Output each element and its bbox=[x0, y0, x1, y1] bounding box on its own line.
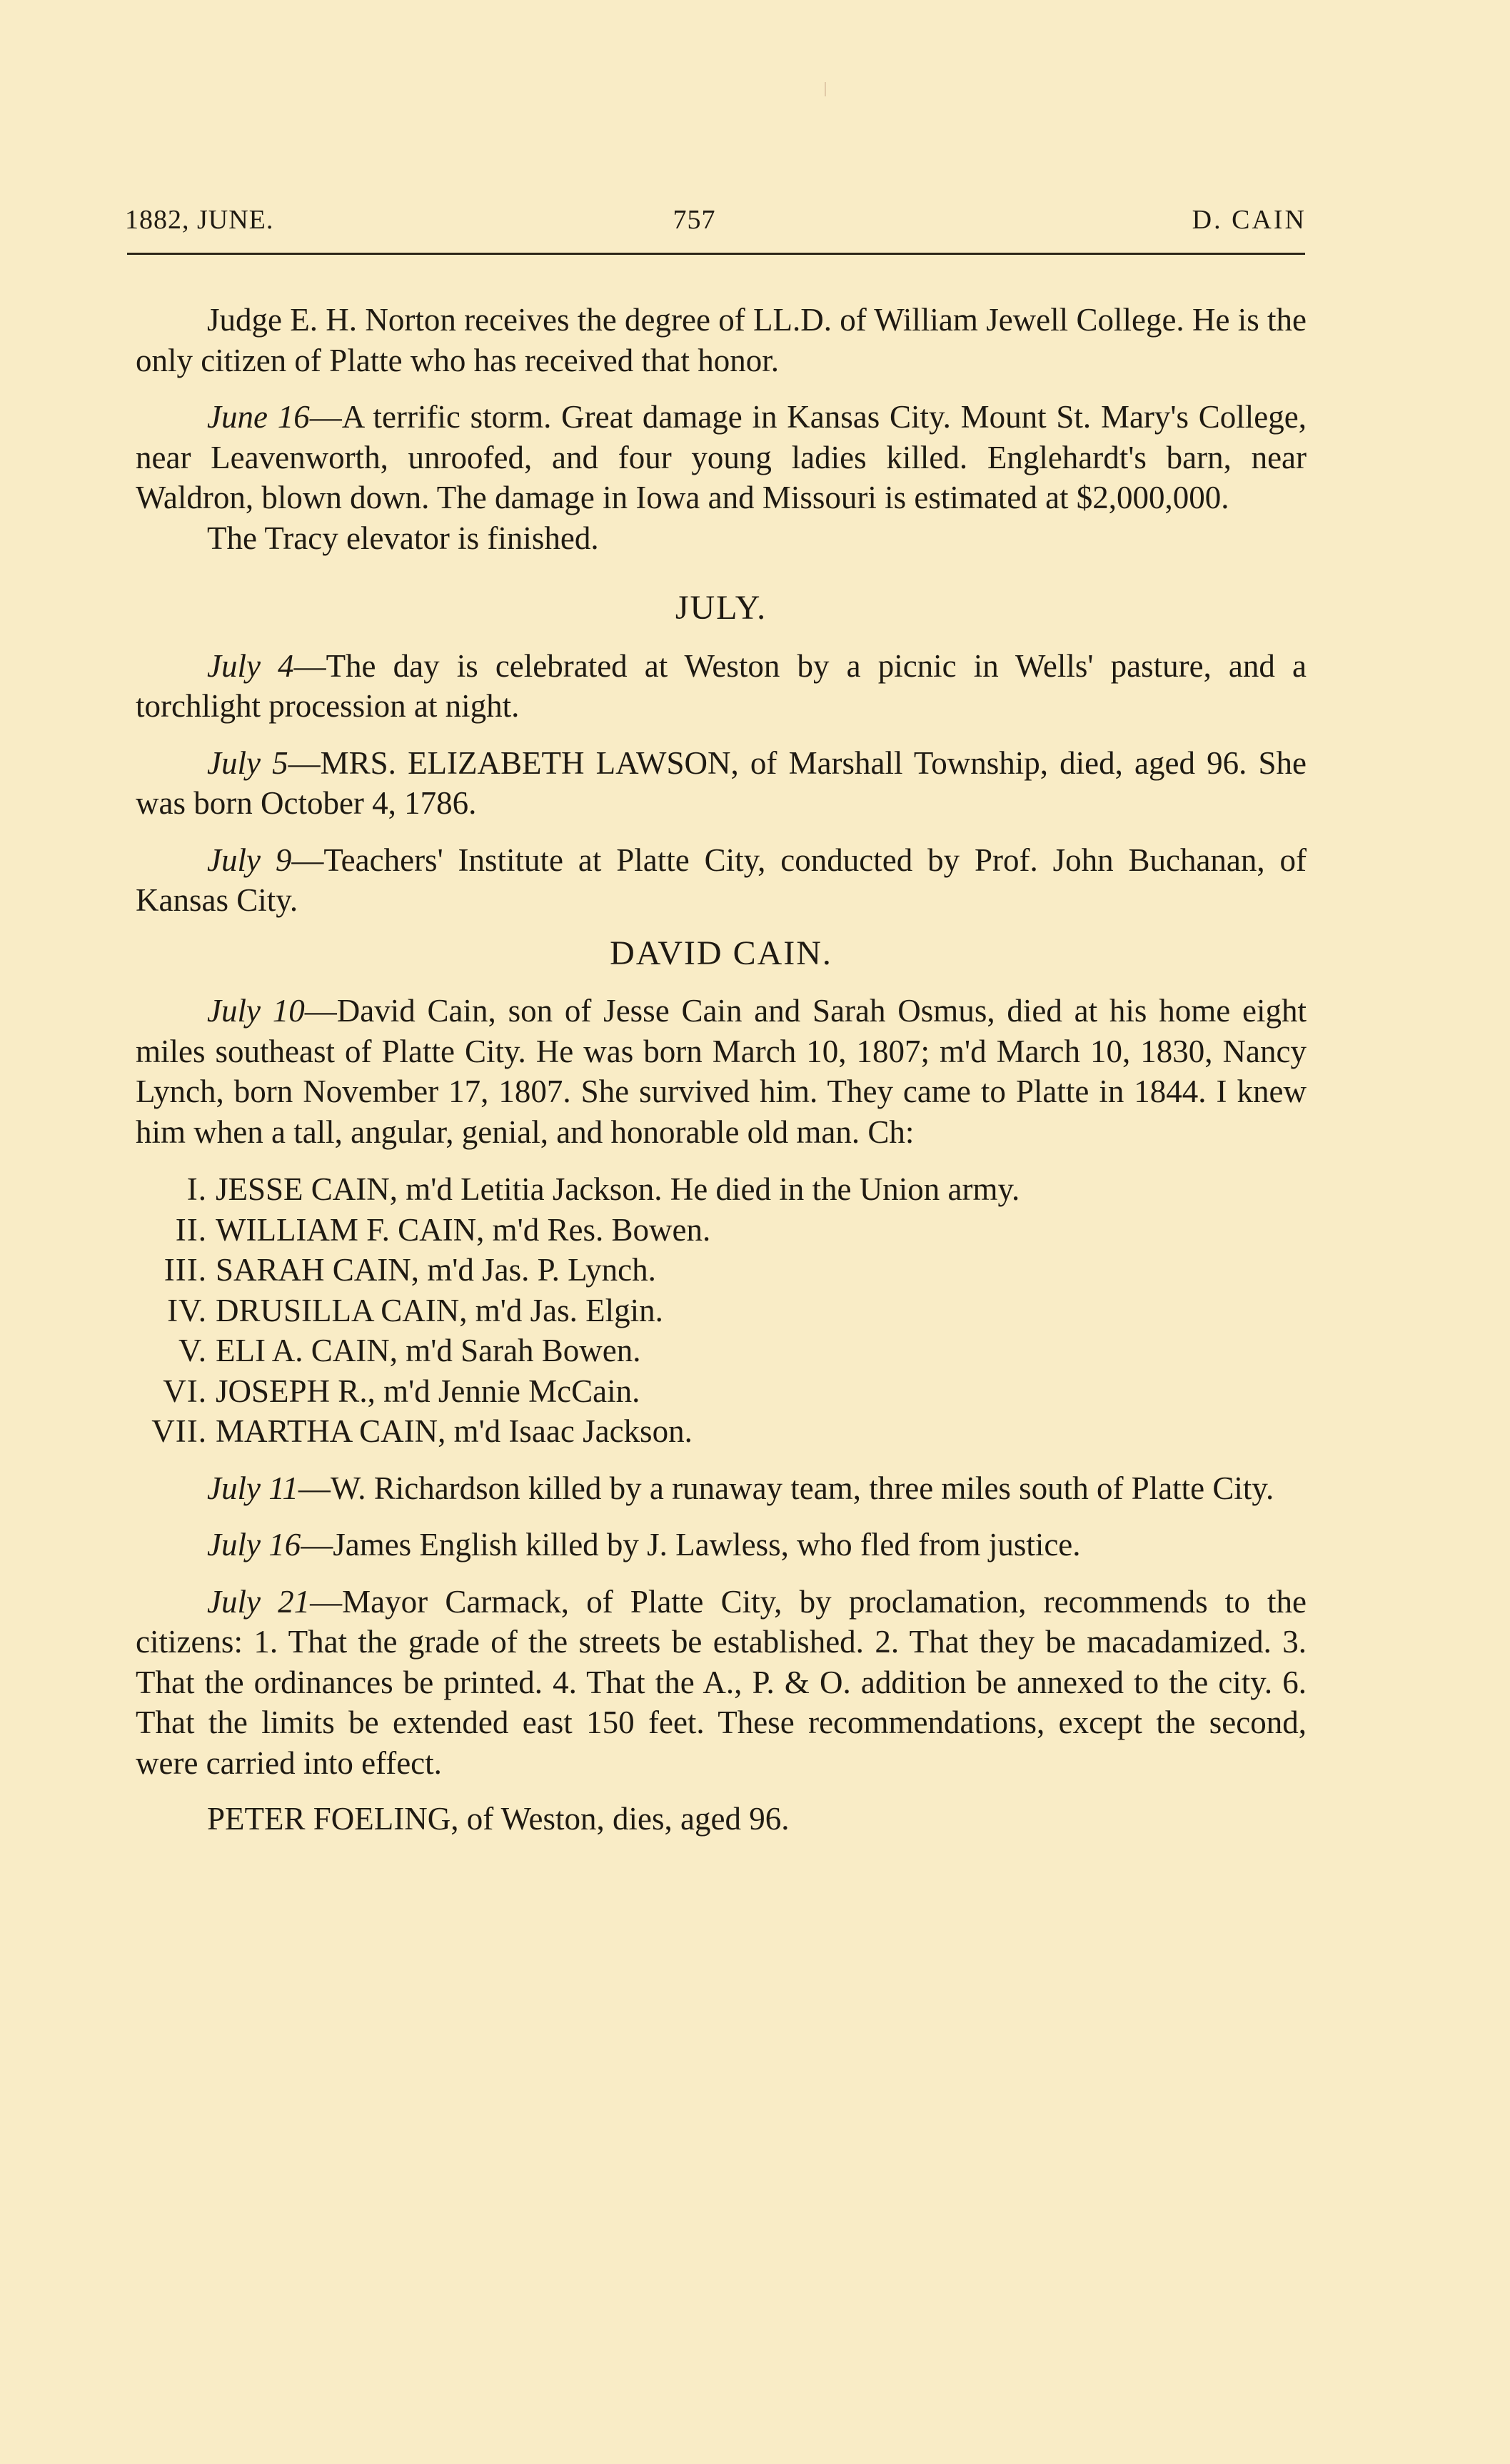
entry-july-11: July 11—W. Richardson killed by a runawa… bbox=[136, 1468, 1307, 1509]
entry-text: —W. Richardson killed by a runaway team,… bbox=[298, 1470, 1274, 1506]
child-item: V. ELI A. CAIN, m'd Sarah Bowen. bbox=[136, 1331, 1307, 1371]
child-numeral: VII. bbox=[136, 1411, 216, 1452]
entry-date: July 10 bbox=[207, 993, 305, 1029]
section-heading-july: JULY. bbox=[136, 588, 1307, 629]
child-numeral: II. bbox=[136, 1210, 216, 1251]
child-text: SARAH CAIN, m'd Jas. P. Lynch. bbox=[216, 1250, 1307, 1291]
paper-stain bbox=[825, 82, 826, 96]
child-numeral: I. bbox=[136, 1169, 216, 1210]
running-head: 1882, JUNE. 757 D. CAIN bbox=[125, 204, 1307, 247]
entry-july-21: July 21—Mayor Carmack, of Platte City, b… bbox=[136, 1582, 1307, 1784]
entry-text: —MRS. ELIZABETH LAWSON, of Marshall Town… bbox=[136, 745, 1307, 822]
section-heading-david-cain: DAVID CAIN. bbox=[136, 934, 1307, 974]
entry-text: —A terrific storm. Great damage in Kansa… bbox=[136, 399, 1307, 515]
child-numeral: V. bbox=[136, 1331, 216, 1371]
entry-july-10: July 10—David Cain, son of Jesse Cain an… bbox=[136, 991, 1307, 1152]
child-numeral: III. bbox=[136, 1250, 216, 1291]
child-item: VII. MARTHA CAIN, m'd Isaac Jackson. bbox=[136, 1411, 1307, 1452]
running-head-subject: D. CAIN bbox=[1192, 204, 1307, 236]
child-text: JESSE CAIN, m'd Letitia Jackson. He died… bbox=[216, 1169, 1307, 1210]
entry-date: July 5 bbox=[207, 745, 288, 781]
entry-peter-foeling: PETER FOELING, of Weston, dies, aged 96. bbox=[136, 1799, 1307, 1839]
child-item: VI. JOSEPH R., m'd Jennie McCain. bbox=[136, 1371, 1307, 1412]
entry-date: July 4 bbox=[207, 648, 294, 684]
entry-date: July 9 bbox=[207, 842, 291, 878]
entry-tracy-elevator: The Tracy elevator is finished. bbox=[136, 518, 1307, 559]
child-text: WILLIAM F. CAIN, m'd Res. Bowen. bbox=[216, 1210, 1307, 1251]
entry-date: July 21 bbox=[207, 1584, 310, 1620]
entry-july-4: July 4—The day is celebrated at Weston b… bbox=[136, 646, 1307, 727]
entry-text: —Teachers' Institute at Platte City, con… bbox=[136, 842, 1307, 919]
child-text: ELI A. CAIN, m'd Sarah Bowen. bbox=[216, 1331, 1307, 1371]
entry-july-5: July 5—MRS. ELIZABETH LAWSON, of Marshal… bbox=[136, 743, 1307, 824]
entry-date: July 16 bbox=[207, 1527, 301, 1562]
entry-text: —David Cain, son of Jesse Cain and Sarah… bbox=[136, 993, 1307, 1150]
entry-text: —The day is celebrated at Weston by a pi… bbox=[136, 648, 1307, 724]
child-text: DRUSILLA CAIN, m'd Jas. Elgin. bbox=[216, 1291, 1307, 1331]
entry-july-16: July 16—James English killed by J. Lawle… bbox=[136, 1525, 1307, 1565]
child-text: JOSEPH R., m'd Jennie McCain. bbox=[216, 1371, 1307, 1412]
child-numeral: IV. bbox=[136, 1291, 216, 1331]
entry-norton: Judge E. H. Norton receives the degree o… bbox=[136, 300, 1307, 380]
child-text: MARTHA CAIN, m'd Isaac Jackson. bbox=[216, 1411, 1307, 1452]
page-number: 757 bbox=[125, 204, 1307, 236]
entry-july-9: July 9—Teachers' Institute at Platte Cit… bbox=[136, 840, 1307, 921]
child-numeral: VI. bbox=[136, 1371, 216, 1412]
entry-text: —James English killed by J. Lawless, who… bbox=[301, 1527, 1080, 1562]
children-list: I. JESSE CAIN, m'd Letitia Jackson. He d… bbox=[136, 1169, 1307, 1452]
page-body: Judge E. H. Norton receives the degree o… bbox=[136, 300, 1307, 1839]
entry-text: —Mayor Carmack, of Platte City, by procl… bbox=[136, 1584, 1307, 1781]
entry-date: July 11 bbox=[207, 1470, 298, 1506]
header-rule bbox=[127, 253, 1305, 255]
child-item: III. SARAH CAIN, m'd Jas. P. Lynch. bbox=[136, 1250, 1307, 1291]
entry-date: June 16 bbox=[207, 399, 310, 435]
child-item: IV. DRUSILLA CAIN, m'd Jas. Elgin. bbox=[136, 1291, 1307, 1331]
entry-june-16: June 16—A terrific storm. Great damage i… bbox=[136, 397, 1307, 518]
child-item: II. WILLIAM F. CAIN, m'd Res. Bowen. bbox=[136, 1210, 1307, 1251]
child-item: I. JESSE CAIN, m'd Letitia Jackson. He d… bbox=[136, 1169, 1307, 1210]
